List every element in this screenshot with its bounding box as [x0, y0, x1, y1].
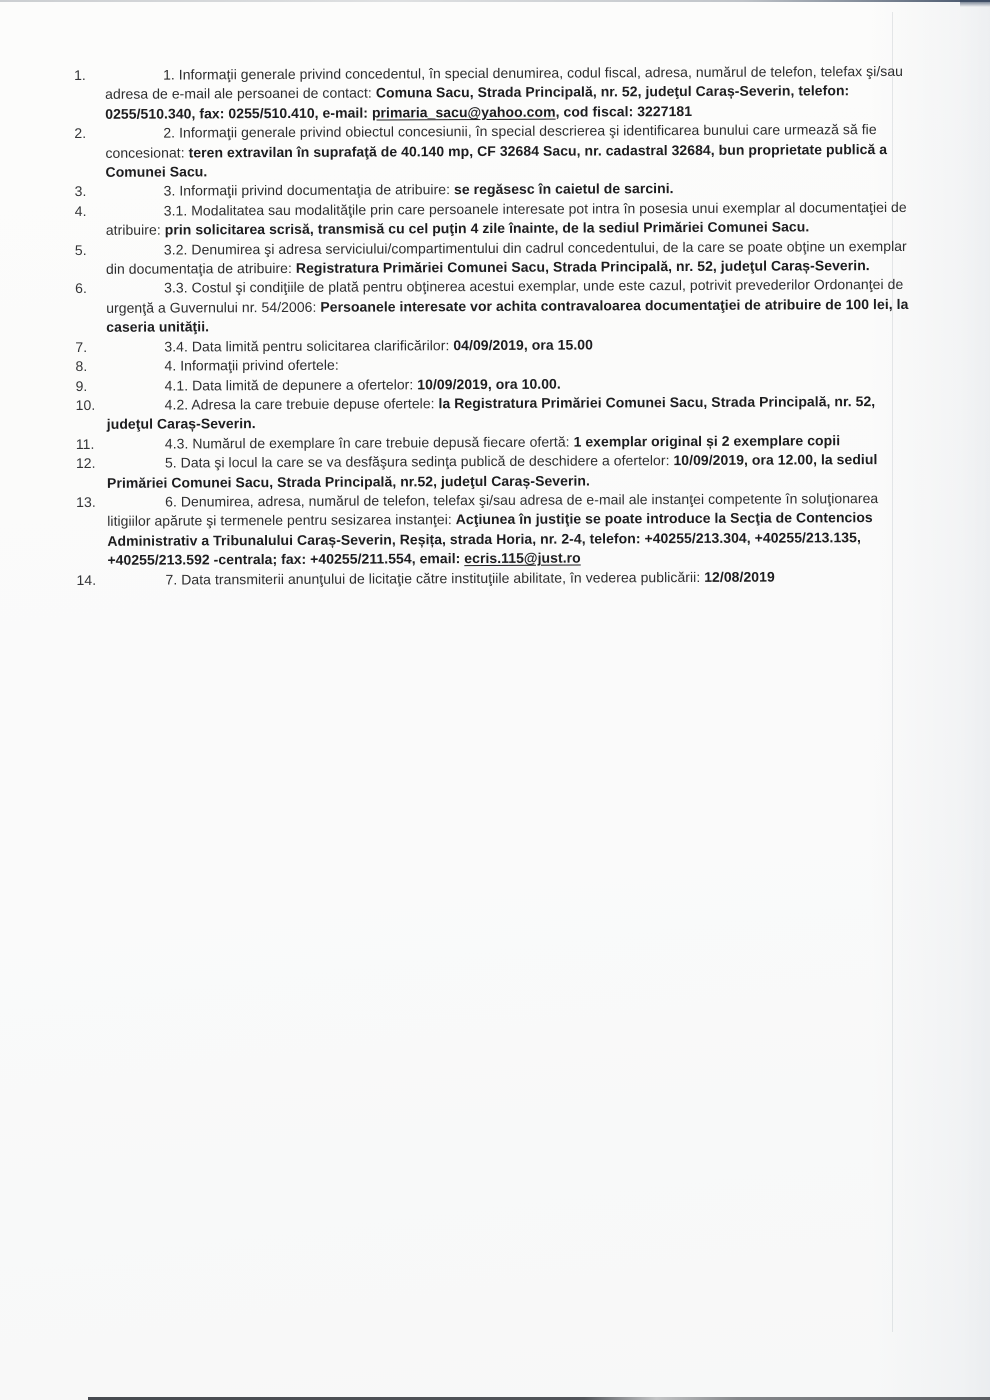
email-address: primaria_sacu@yahoo.com — [372, 103, 556, 120]
item-number: 1. — [74, 66, 105, 86]
answer-text: 10/09/2019, ora 10.00. — [417, 375, 561, 392]
item-text: 3.1. Modalitatea sau modalităţile prin c… — [106, 198, 917, 241]
label-text: 4.3. Numărul de exemplare în care trebui… — [165, 433, 574, 451]
item-number: 3. — [75, 182, 106, 202]
answer-text: 12/08/2019 — [704, 568, 775, 584]
email-address: ecris.115@just.ro — [464, 550, 581, 567]
answer-text: teren extravilan în suprafaţă de 40.140 … — [105, 141, 887, 180]
item-number: 7. — [75, 338, 106, 358]
item-number: 5. — [75, 241, 106, 261]
item-number: 12. — [76, 454, 107, 474]
label-text: 4.1. Data limită de depunere a ofertelor… — [165, 376, 418, 393]
list-item: 14.7. Data transmiterii anunţului de lic… — [76, 566, 918, 590]
item-text: 5. Data şi locul la care se va desfăşura… — [107, 450, 918, 493]
item-text: 6. Denumirea, adresa, numărul de telefon… — [107, 489, 918, 571]
answer-text: se regăsesc în caietul de sarcini. — [454, 181, 674, 198]
item-number: 4. — [75, 202, 106, 222]
item-text: 3.3. Costul şi condiţiile de plată pentr… — [106, 275, 917, 337]
item-number: 14. — [76, 570, 107, 590]
label-text: 3.4. Data limită pentru solicitarea clar… — [164, 337, 453, 354]
list-item: 12.5. Data şi locul la care se va desfăş… — [76, 450, 918, 493]
item-text: 7. Data transmiterii anunţului de licita… — [107, 566, 918, 589]
label-text: 7. Data transmiterii anunţului de licita… — [165, 568, 704, 587]
list-item: 4.3.1. Modalitatea sau modalităţile prin… — [75, 198, 917, 241]
item-text: 3.2. Denumirea şi adresa serviciului/com… — [106, 237, 917, 280]
label-text: 5. Data şi locul la care se va desfăşura… — [165, 452, 674, 470]
item-number: 9. — [76, 376, 107, 396]
item-number: 2. — [74, 124, 105, 144]
item-number: 8. — [75, 357, 106, 377]
item-number: 13. — [76, 493, 107, 513]
list-item: 10.4.2. Adresa la care trebuie depuse of… — [76, 392, 918, 435]
list-item: 13.6. Denumirea, adresa, numărul de tele… — [76, 489, 918, 571]
scan-edge-top — [0, 0, 990, 2]
list-item: 5.3.2. Denumirea şi adresa serviciului/c… — [75, 237, 917, 280]
answer-text: 04/09/2019, ora 15.00 — [453, 336, 593, 353]
numbered-list: 1.1. Informaţii generale privind concede… — [74, 62, 919, 590]
label-text: 3. Informaţii privind documentaţia de at… — [164, 182, 454, 199]
item-text: 4.2. Adresa la care trebuie depuse ofert… — [107, 392, 918, 435]
answer-text: prin solicitarea scrisă, transmisă cu ce… — [165, 219, 810, 238]
answer-text: , cod fiscal: 3227181 — [556, 103, 693, 120]
list-item: 2.2. Informaţii generale privind obiectu… — [74, 120, 916, 182]
label-text: 4. Informaţii privind ofertele: — [164, 357, 338, 374]
item-text: 2. Informaţii generale privind obiectul … — [105, 120, 916, 182]
list-item: 1.1. Informaţii generale privind concede… — [74, 62, 916, 124]
label-text: 4.2. Adresa la care trebuie depuse ofert… — [165, 395, 439, 412]
scanned-document-page: 1.1. Informaţii generale privind concede… — [0, 0, 990, 1400]
answer-text: Registratura Primăriei Comunei Sacu, Str… — [296, 257, 870, 276]
list-item: 6.3.3. Costul şi condiţiile de plată pen… — [75, 275, 917, 337]
item-number: 6. — [75, 279, 106, 299]
item-text: 1. Informaţii generale privind concedent… — [105, 62, 916, 124]
scan-corner-artifact — [960, 0, 990, 7]
answer-text: 1 exemplar original și 2 exemplare copii — [574, 432, 841, 449]
item-number: 10. — [76, 396, 107, 416]
item-number: 11. — [76, 435, 107, 455]
